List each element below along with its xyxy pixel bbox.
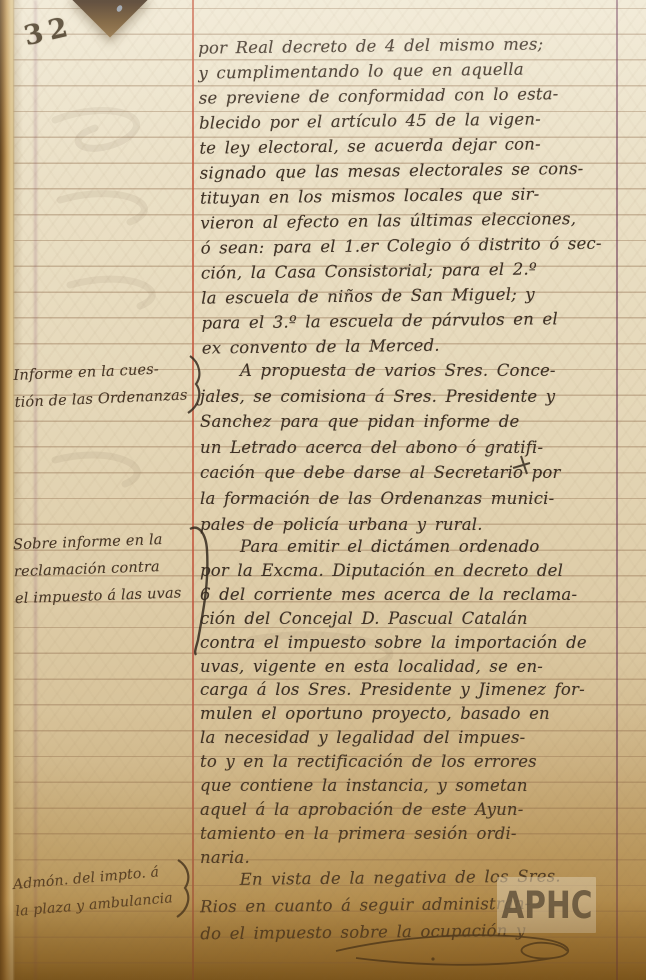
manuscript-page: 32 por Real decreto de 4 del mismo mes; …	[0, 0, 646, 980]
margin-note-impuesto-uvas: Sobre informe en la reclamación contra e…	[13, 526, 198, 613]
red-margin-line	[192, 0, 194, 980]
watermark-text: APHC	[501, 884, 592, 927]
margin-note-ordenanzas: Informe en la cues- tión de las Ordenanz…	[13, 355, 197, 417]
paragraph-ordenanzas: A propuesta de varios Sres. Conce- jales…	[200, 358, 630, 537]
aphc-watermark: APHC	[497, 877, 596, 933]
spine-shadow	[13, 0, 23, 980]
left-purple-margin-line	[34, 0, 37, 980]
paragraph-elections: por Real decreto de 4 del mismo mes; y c…	[198, 30, 632, 360]
paragraph-impuesto-uvas: Para emitir el dictámen ordenado por la …	[200, 535, 630, 870]
